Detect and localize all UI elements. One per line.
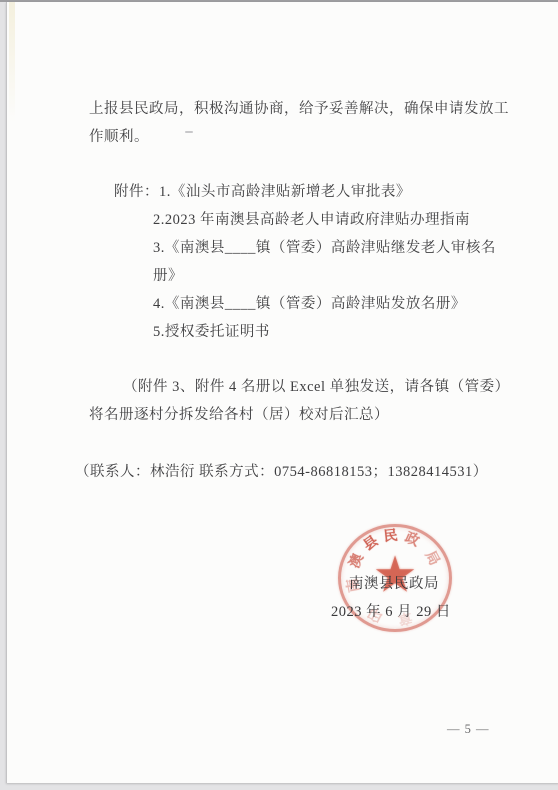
attachment-item-3-continuation: 册》 [153, 262, 183, 290]
scan-edge-tint [9, 2, 15, 122]
attachment-item-2: 2.2023 年南澳县高龄老人申请政府津贴办理指南 [153, 206, 470, 234]
attachment-item-4: 4.《南澳县____镇（管委）高龄津贴发放名册》 [153, 290, 466, 318]
contact-line: （联系人：林浩衍 联系方式：0754-86818153；13828414531） [75, 458, 488, 486]
attachments-header-line: 附件：1.《汕头市高龄津贴新增老人审批表》 [114, 178, 411, 206]
signature-date: 2023 年 6 月 29 日 [331, 598, 451, 626]
scan-dust-speck [185, 131, 193, 133]
note-line-1: （附件 3、附件 4 名册以 Excel 单独发送，请各镇（管委） [123, 373, 510, 401]
signature-organization: 南澳县民政局 [349, 570, 439, 598]
body-line-1: 上报县民政局，积极沟通协商，给予妥善解决，确保申请发放工 [89, 95, 509, 123]
note-line-2: 将名册逐村分拆发给各村（居）校对后汇总） [89, 401, 389, 429]
body-line-2: 作顺利。 [89, 123, 149, 151]
seal-arc-char: 民 [381, 527, 401, 547]
page-number: — 5 — [447, 722, 490, 737]
scanned-document-background: 上报县民政局，积极沟通协商，给予妥善解决，确保申请发放工 作顺利。 附件：1.《… [0, 0, 558, 790]
document-page: 上报县民政局，积极沟通协商，给予妥善解决，确保申请发放工 作顺利。 附件：1.《… [6, 2, 558, 783]
attachment-item-3: 3.《南澳县____镇（管委）高龄津贴继发老人审核名 [153, 234, 496, 262]
attachment-item-5: 5.授权委托证明书 [153, 318, 270, 346]
